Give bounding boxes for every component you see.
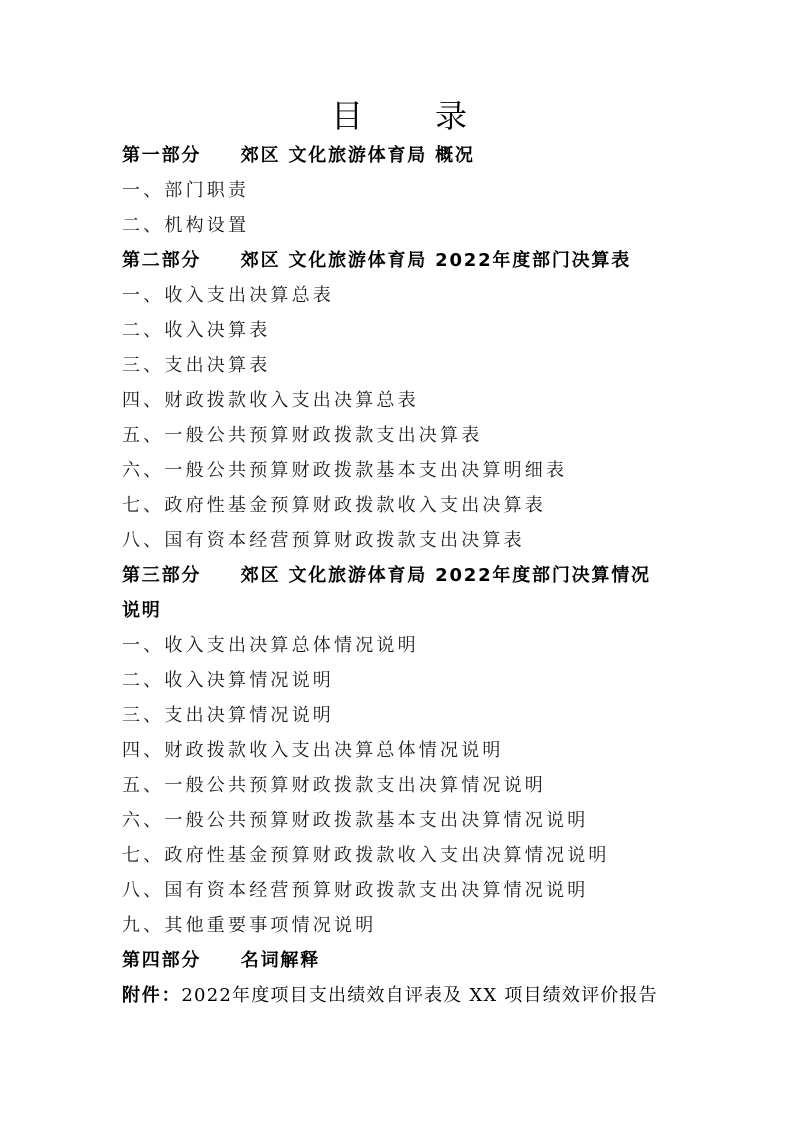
toc-part-3-item-8[interactable]: 八、国有资本经营预算财政拨款支出决算情况说明 [122,873,682,908]
annex-label: 附件： [122,985,181,1006]
toc-part-3-item-5[interactable]: 五、一般公共预算财政拨款支出决算情况说明 [122,768,682,803]
toc-part-3-item-7[interactable]: 七、政府性基金预算财政拨款收入支出决算情况说明 [122,838,682,873]
toc-part-1-heading[interactable]: 第一部分 郊区 文化旅游体育局 概况 [122,138,682,173]
toc-page: 目 录 第一部分 郊区 文化旅游体育局 概况 一、部门职责 二、机构设置 第二部… [122,94,682,1013]
toc-title: 目 录 [136,94,682,138]
toc-part-2-item-1[interactable]: 一、收入支出决算总表 [122,278,682,313]
toc-part-4-heading[interactable]: 第四部分 名词解释 [122,943,682,978]
toc-part-2-item-7[interactable]: 七、政府性基金预算财政拨款收入支出决算表 [122,488,682,523]
toc-part-2-item-8[interactable]: 八、国有资本经营预算财政拨款支出决算表 [122,523,682,558]
toc-part-2-item-2[interactable]: 二、收入决算表 [122,313,682,348]
toc-part-2-item-5[interactable]: 五、一般公共预算财政拨款支出决算表 [122,418,682,453]
toc-part-3-item-3[interactable]: 三、支出决算情况说明 [122,698,682,733]
toc-part-2-item-3[interactable]: 三、支出决算表 [122,348,682,383]
toc-part-1-item-1[interactable]: 一、部门职责 [122,173,682,208]
toc-annex[interactable]: 附件：2022年度项目支出绩效自评表及 XX 项目绩效评价报告 [122,978,682,1013]
toc-part-3-item-1[interactable]: 一、收入支出决算总体情况说明 [122,628,682,663]
toc-part-3-heading-line-2[interactable]: 说明 [122,593,682,628]
toc-part-3-heading-line-1[interactable]: 第三部分 郊区 文化旅游体育局 2022年度部门决算情况 [122,558,682,593]
toc-part-1-item-2[interactable]: 二、机构设置 [122,208,682,243]
toc-part-3-item-6[interactable]: 六、一般公共预算财政拨款基本支出决算情况说明 [122,803,682,838]
toc-part-3-item-4[interactable]: 四、财政拨款收入支出决算总体情况说明 [122,733,682,768]
annex-text: 2022年度项目支出绩效自评表及 XX 项目绩效评价报告 [181,985,657,1006]
toc-part-2-item-6[interactable]: 六、一般公共预算财政拨款基本支出决算明细表 [122,453,682,488]
toc-part-3-item-9[interactable]: 九、其他重要事项情况说明 [122,908,682,943]
toc-part-3-item-2[interactable]: 二、收入决算情况说明 [122,663,682,698]
toc-part-2-item-4[interactable]: 四、财政拨款收入支出决算总表 [122,383,682,418]
toc-part-2-heading[interactable]: 第二部分 郊区 文化旅游体育局 2022年度部门决算表 [122,243,682,278]
